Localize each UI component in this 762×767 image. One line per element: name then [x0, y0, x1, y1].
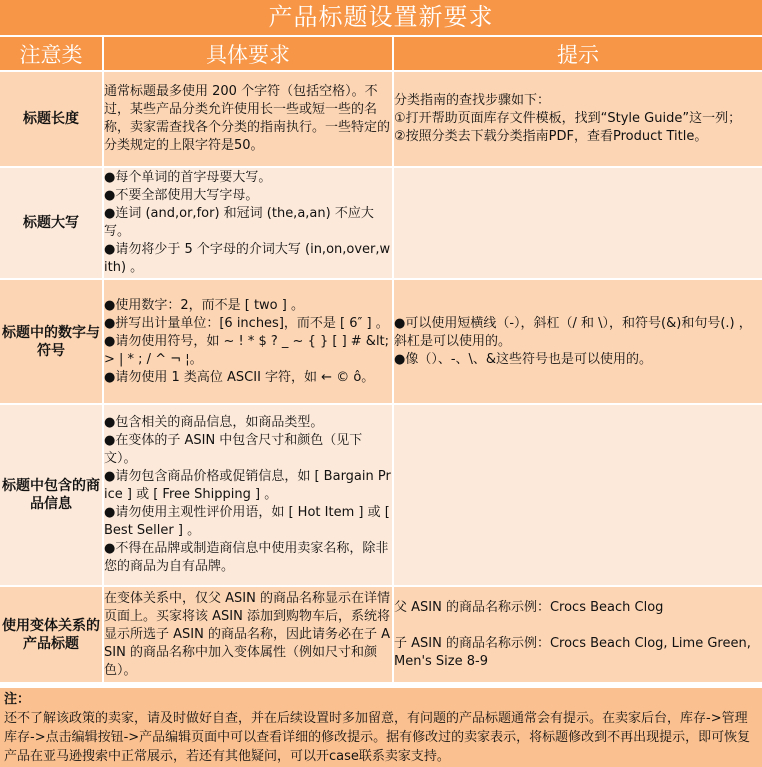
table-row: 标题中的数字与符号 ●使用数字：2，而不是 [ two ] 。 ●拼写出计量单位… — [0, 280, 762, 405]
requirement-text: ●不要全部使用大写字母。 — [104, 187, 392, 205]
requirement-text: ●包含相关的商品信息，如商品类型。 — [104, 414, 392, 432]
requirement-text: ●拼写出计量单位：[6 inches]，而不是 [ 6″ ] 。 — [104, 315, 392, 333]
footer-text: 还不了解该政策的卖家，请及时做好自查，并在后续设置时多加留意，有问题的产品标题通… — [4, 711, 750, 764]
requirement-text: ●请勿包含商品价格或促销信息，如 [ Bargain Price ] 或 [ F… — [104, 468, 392, 504]
requirement-text: ●请勿使用主观性评价用语，如 [ Hot Item ] 或 [ Best Sel… — [104, 504, 392, 540]
category-cell: 标题大写 — [0, 168, 104, 280]
tip-text: ②按照分类去下载分类指南PDF，查看Product Title。 — [394, 128, 762, 146]
requirements-table: 注意类 具体要求 提示 标题长度 通常标题最多使用 200 个字符（包括空格）。… — [0, 37, 762, 684]
tip-text: 父 ASIN 的商品名称示例：Crocs Beach Clog — [394, 599, 762, 617]
requirement-text: ●连词 (and,or,for) 和冠词 (the,a,an) 不应大写。 — [104, 205, 392, 241]
footer-note: 注： 还不了解该政策的卖家，请及时做好自查，并在后续设置时多加留意，有问题的产品… — [0, 688, 762, 767]
tip-text: ●可以使用短横线（-），斜杠（/ 和 \），和符号(&)和句号(.) ，斜杠是可… — [394, 315, 762, 351]
table-row: 标题中包含的商品信息 ●包含相关的商品信息，如商品类型。 ●在变体的子 ASIN… — [0, 405, 762, 587]
tip-text: ①打开帮助页面库存文件模板，找到“Style Guide”这一列； — [394, 110, 762, 128]
page-title: 产品标题设置新要求 — [0, 0, 762, 35]
column-header-category: 注意类 — [0, 37, 104, 72]
requirement-text: ●在变体的子 ASIN 中包含尺寸和颜色（见下文）。 — [104, 432, 392, 468]
table-row: 标题大写 ●每个单词的首字母要大写。 ●不要全部使用大写字母。 ●连词 (and… — [0, 168, 762, 280]
requirements-cell: ●每个单词的首字母要大写。 ●不要全部使用大写字母。 ●连词 (and,or,f… — [104, 168, 394, 280]
category-cell: 标题中的数字与符号 — [0, 280, 104, 405]
category-cell: 使用变体关系的产品标题 — [0, 587, 104, 684]
requirement-text: ●请勿使用 1 类高位 ASCII 字符，如 ← © ô。 — [104, 369, 392, 387]
requirement-text: 在变体关系中，仅父 ASIN 的商品名称显示在详情页面上。买家将该 ASIN 添… — [104, 590, 392, 680]
tips-cell: ●可以使用短横线（-），斜杠（/ 和 \），和符号(&)和句号(.) ，斜杠是可… — [394, 280, 762, 405]
tips-cell: 父 ASIN 的商品名称示例：Crocs Beach Clog 子 ASIN 的… — [394, 587, 762, 684]
requirement-text: ●不得在品牌或制造商信息中使用卖家名称，除非您的商品为自有品牌。 — [104, 540, 392, 576]
requirement-text: ●请勿使用符号，如 ~ ! * $ ? _ ~ { } [ ] # &lt; >… — [104, 333, 392, 369]
column-header-tips: 提示 — [394, 37, 762, 72]
policy-sheet: 产品标题设置新要求 注意类 具体要求 提示 标题长度 通常标题最多使用 200 … — [0, 0, 762, 767]
tips-cell — [394, 168, 762, 280]
table-header-row: 注意类 具体要求 提示 — [0, 37, 762, 72]
requirements-cell: ●包含相关的商品信息，如商品类型。 ●在变体的子 ASIN 中包含尺寸和颜色（见… — [104, 405, 394, 587]
table-row: 使用变体关系的产品标题 在变体关系中，仅父 ASIN 的商品名称显示在详情页面上… — [0, 587, 762, 684]
requirement-text: ●使用数字：2，而不是 [ two ] 。 — [104, 297, 392, 315]
tip-text: ●像（）、-、\、&这些符号也是可以使用的。 — [394, 351, 762, 369]
footer-label: 注： — [4, 690, 758, 709]
requirement-text: 通常标题最多使用 200 个字符（包括空格）。不过，某些产品分类允许使用长一些或… — [104, 83, 392, 155]
tips-cell — [394, 405, 762, 587]
category-cell: 标题中包含的商品信息 — [0, 405, 104, 587]
tip-text: 分类指南的查找步骤如下： — [394, 92, 762, 110]
requirement-text: ●请勿将少于 5 个字母的介词大写 (in,on,over,with) 。 — [104, 241, 392, 277]
tips-cell: 分类指南的查找步骤如下： ①打开帮助页面库存文件模板，找到“Style Guid… — [394, 72, 762, 168]
tip-text: 子 ASIN 的商品名称示例：Crocs Beach Clog, Lime Gr… — [394, 635, 762, 671]
table-row: 标题长度 通常标题最多使用 200 个字符（包括空格）。不过，某些产品分类允许使… — [0, 72, 762, 168]
requirements-cell: ●使用数字：2，而不是 [ two ] 。 ●拼写出计量单位：[6 inches… — [104, 280, 394, 405]
requirements-cell: 通常标题最多使用 200 个字符（包括空格）。不过，某些产品分类允许使用长一些或… — [104, 72, 394, 168]
requirements-cell: 在变体关系中，仅父 ASIN 的商品名称显示在详情页面上。买家将该 ASIN 添… — [104, 587, 394, 684]
category-cell: 标题长度 — [0, 72, 104, 168]
requirement-text: ●每个单词的首字母要大写。 — [104, 169, 392, 187]
column-header-requirements: 具体要求 — [104, 37, 394, 72]
